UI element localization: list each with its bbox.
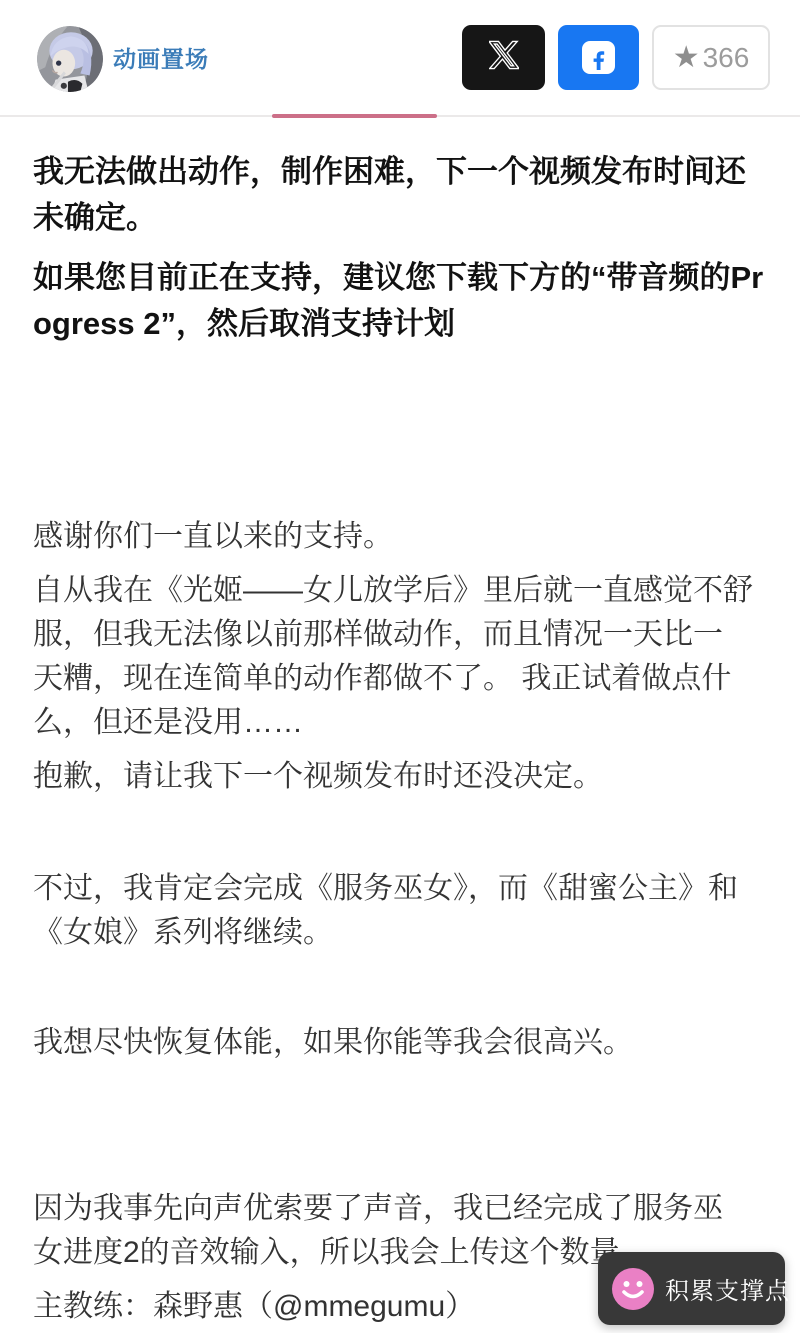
star-count: 366 [703, 42, 750, 74]
paragraph-line: 天糟，现在连简单的动作都做不了。 我正试着做点什 [33, 657, 766, 701]
paragraph-line: 感谢你们一直以来的支持。 [33, 515, 766, 559]
paragraph-line: 自从我在《光姬——女儿放学后》里后就一直感觉不舒 [33, 569, 766, 613]
star-icon: ★ [673, 43, 700, 73]
post-heading: 我无法做出动作，制作困难，下一个视频发布时间还 未确定。 [33, 149, 766, 241]
paragraph-line: 抱歉，请让我下一个视频发布时还没决定。 [33, 755, 766, 799]
avatar[interactable] [37, 26, 103, 92]
heading-line: ogress 2”，然后取消支持计划 [33, 301, 766, 347]
x-logo-icon [489, 40, 519, 75]
post-heading: 如果您目前正在支持，建议您下载下方的“带音频的Pr ogress 2”，然后取消… [33, 255, 766, 347]
post-paragraph: 自从我在《光姬——女儿放学后》里后就一直感觉不舒 服，但我无法像以前那样做动作，… [33, 569, 766, 745]
heading-line: 我无法做出动作，制作困难，下一个视频发布时间还 [33, 149, 766, 195]
username-link[interactable]: 动画置场 [113, 41, 209, 74]
post-paragraph: 我想尽快恢复体能，如果你能等我会很高兴。 [33, 1021, 766, 1065]
paragraph-line: 么，但还是没用…… [33, 701, 766, 745]
post-paragraph: 抱歉，请让我下一个视频发布时还没决定。 [33, 755, 766, 799]
post-paragraph: 不过，我肯定会完成《服务巫女》，而《甜蜜公主》和 《女娘》系列将继续。 [33, 867, 766, 955]
paragraph-line: 我想尽快恢复体能，如果你能等我会很高兴。 [33, 1021, 766, 1065]
facebook-icon [582, 41, 615, 74]
support-points-fab[interactable]: 积累支撑点 [598, 1252, 785, 1325]
post-paragraph: 感谢你们一直以来的支持。 [33, 515, 766, 559]
page-header: 动画置场 ★ 366 [0, 0, 800, 117]
paragraph-line: 不过，我肯定会完成《服务巫女》，而《甜蜜公主》和 [33, 867, 766, 911]
paragraph-line: 《女娘》系列将继续。 [33, 911, 766, 955]
smiley-icon [611, 1267, 655, 1311]
heading-line: 未确定。 [33, 195, 766, 241]
post-body: 我无法做出动作，制作困难，下一个视频发布时间还 未确定。 如果您目前正在支持，建… [0, 117, 800, 1329]
paragraph-line: 因为我事先向声优索要了声音，我已经完成了服务巫 [33, 1187, 766, 1231]
tab-indicator [272, 114, 437, 118]
paragraph-line: 服，但我无法像以前那样做动作，而且情况一天比一 [33, 613, 766, 657]
share-facebook-button[interactable] [558, 25, 639, 90]
fab-label: 积累支撑点 [665, 1271, 790, 1306]
share-x-button[interactable] [462, 25, 545, 90]
header-actions: ★ 366 [462, 25, 770, 90]
star-count-button[interactable]: ★ 366 [652, 25, 770, 90]
avatar-image [37, 26, 103, 92]
heading-line: 如果您目前正在支持，建议您下载下方的“带音频的Pr [33, 255, 766, 301]
